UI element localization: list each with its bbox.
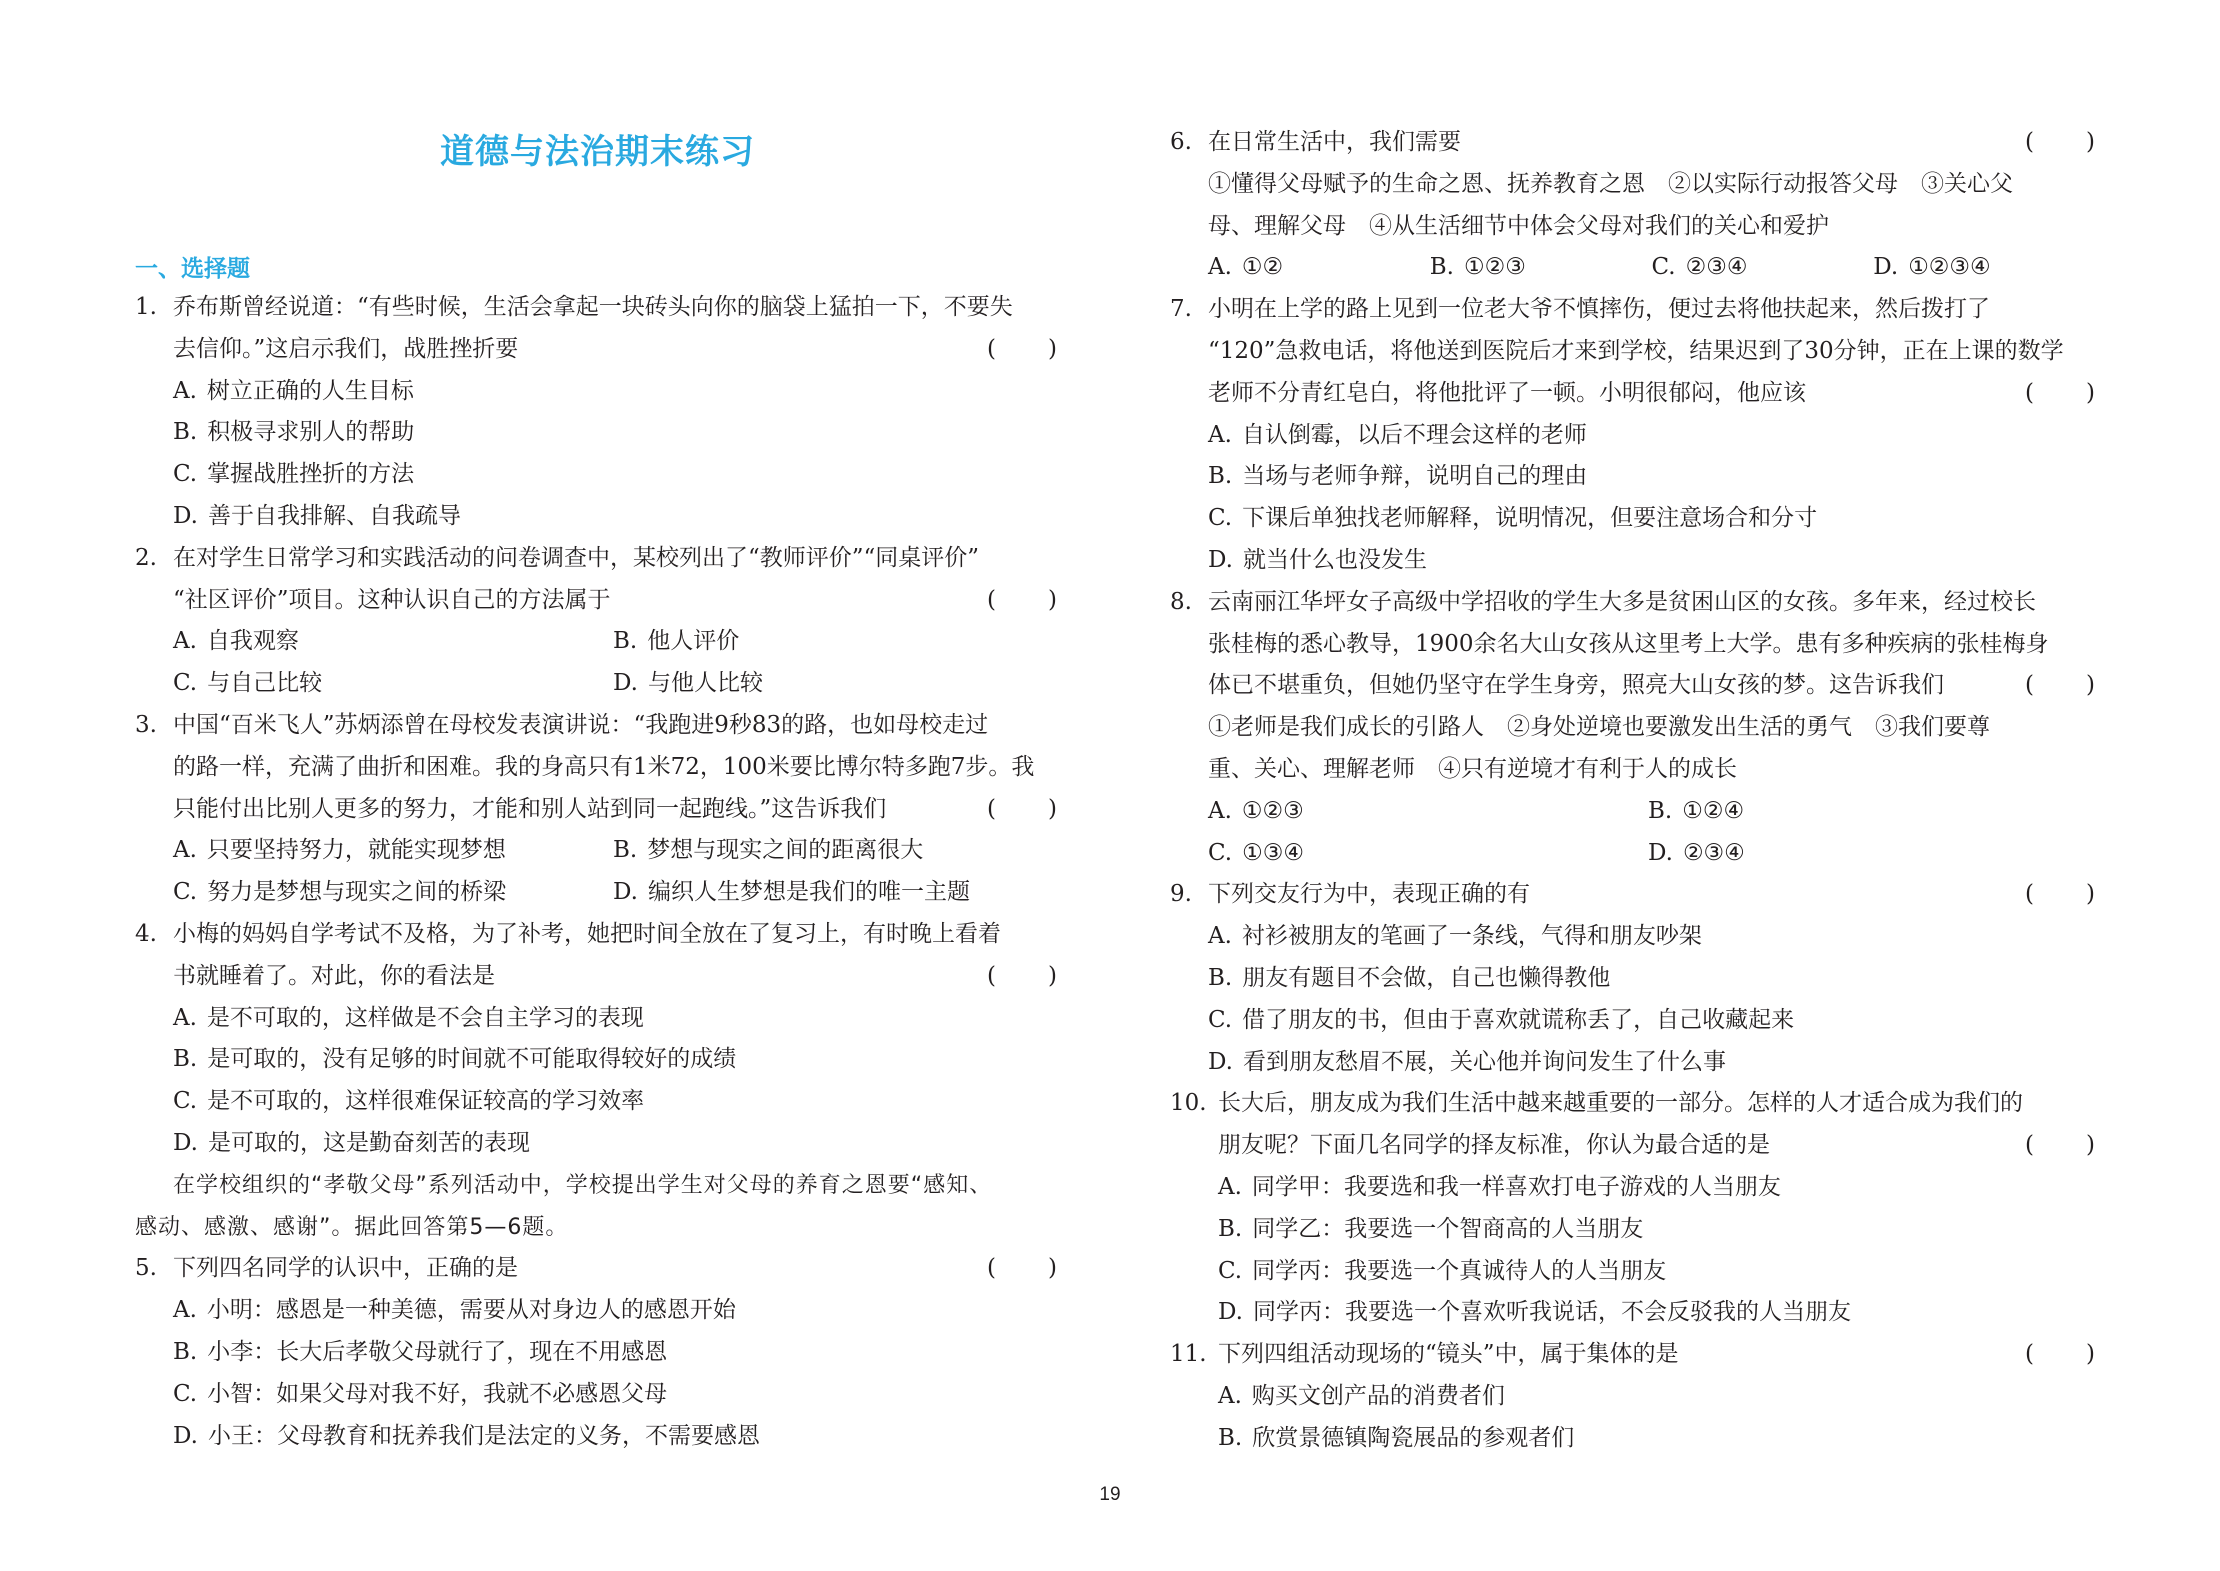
option-a[interactable]: A.是不可取的，这样做是不会自主学习的表现 (135, 998, 1057, 1040)
option-b[interactable]: B.是可取的，没有足够的时间就不可能取得较好的成绩 (135, 1039, 1057, 1081)
question-1-line-2: 去信仰。”这启示我们，战胜挫折要 () (135, 329, 1057, 371)
option-a[interactable]: A.①② (1208, 247, 1430, 289)
section-heading-choice: 一、选择题 (135, 250, 250, 283)
options-row: C.努力是梦想与现实之间的桥梁 D.编织人生梦想是我们的唯一主题 (135, 872, 1057, 914)
question-text: 下列四名同学的认识中，正确的是 () (173, 1248, 1057, 1290)
option-a[interactable]: A.购买文创产品的消费者们 (1170, 1376, 2095, 1418)
question-7-line-3: 老师不分青红皂白，将他批评了一顿。小明很郁闷，他应该 () (1170, 373, 2095, 415)
question-8-line-1: 8. 云南丽江华坪女子高级中学招收的学生大多是贫困山区的女孩。多年来，经过校长 (1170, 582, 2095, 624)
option-d[interactable]: D.善于自我排解、自我疏导 (135, 496, 1057, 538)
question-8-line-3: 体已不堪重负，但她仍坚守在学生身旁，照亮大山女孩的梦。这告诉我们 () (1170, 665, 2095, 707)
option-c[interactable]: C.②③④ (1652, 247, 1874, 289)
question-number: 7. (1170, 289, 1208, 331)
options-row: A.只要坚持努力，就能实现梦想 B.梦想与现实之间的距离很大 (135, 830, 1057, 872)
question-7-line-2: “120”急救电话，将他送到医院后才来到学校，结果迟到了30分钟，正在上课的数学 (1170, 331, 2095, 373)
question-text: 书就睡着了。对此，你的看法是 (173, 963, 495, 989)
option-b[interactable]: B.梦想与现实之间的距离很大 (613, 830, 1053, 872)
option-c[interactable]: C.下课后单独找老师解释，说明情况，但要注意场合和分寸 (1170, 498, 2095, 540)
page-title: 道德与法治期末练习 (0, 124, 1195, 173)
option-c[interactable]: C.与自己比较 (173, 663, 613, 705)
question-3-line-1: 3. 中国“百米飞人”苏炳添曾在母校发表演讲说：“我跑进9秒83的路，也如母校走… (135, 705, 1057, 747)
option-d[interactable]: D.就当什么也没发生 (1170, 540, 2095, 582)
question-8-line-2: 张桂梅的悉心教导，1900余名大山女孩从这里考上大学。患有多种疾病的张桂梅身 (1170, 624, 2095, 666)
options-row: A.自我观察 B.他人评价 (135, 621, 1057, 663)
question-number: 4. (135, 914, 173, 956)
question-text: 去信仰。”这启示我们，战胜挫折要 (173, 336, 518, 362)
question-text: 在日常生活中，我们需要 () (1208, 122, 2095, 164)
question-number: 9. (1170, 874, 1208, 916)
option-a[interactable]: A.衬衫被朋友的笔画了一条线，气得和朋友吵架 (1170, 916, 2095, 958)
option-c[interactable]: C.是不可取的，这样很难保证较高的学习效率 (135, 1081, 1057, 1123)
question-11-line-1: 11. 下列四组活动现场的“镜头”中，属于集体的是 () (1170, 1334, 2095, 1376)
question-text: 云南丽江华坪女子高级中学招收的学生大多是贫困山区的女孩。多年来，经过校长 (1208, 582, 2095, 624)
option-b[interactable]: B.小李：长大后孝敬父母就行了，现在不用感恩 (135, 1332, 1057, 1374)
answer-bracket[interactable]: () (2025, 1334, 2095, 1376)
question-text: 小明在上学的路上见到一位老大爷不慎摔伤，便过去将他扶起来，然后拨打了 (1208, 289, 2095, 331)
question-text: 下列交友行为中，表现正确的有 () (1208, 874, 2095, 916)
option-d[interactable]: D.看到朋友愁眉不展，关心他并询问发生了什么事 (1170, 1042, 2095, 1084)
question-3-line-3: 只能付出比别人更多的努力，才能和别人站到同一起跑线。”这告诉我们 () (135, 789, 1057, 831)
question-1-line-1: 1. 乔布斯曾经说道：“有些时候，生活会拿起一块砖头向你的脑袋上猛拍一下，不要失 (135, 287, 1057, 329)
question-10-line-1: 10. 长大后，朋友成为我们生活中越来越重要的一部分。怎样的人才适合成为我们的 (1170, 1083, 2095, 1125)
question-7-line-1: 7. 小明在上学的路上见到一位老大爷不慎摔伤，便过去将他扶起来，然后拨打了 (1170, 289, 2095, 331)
answer-bracket[interactable]: () (987, 1248, 1057, 1290)
option-c[interactable]: C.①③④ (1208, 833, 1648, 875)
question-5-line-1: 5. 下列四名同学的认识中，正确的是 () (135, 1248, 1057, 1290)
option-b[interactable]: B.当场与老师争辩，说明自己的理由 (1170, 456, 2095, 498)
option-d[interactable]: D.是可取的，这是勤奋刻苦的表现 (135, 1123, 1057, 1165)
option-d[interactable]: D.编织人生梦想是我们的唯一主题 (613, 872, 1053, 914)
question-10-line-2: 朋友呢？下面几名同学的择友标准，你认为最合适的是 () (1170, 1125, 2095, 1167)
option-d[interactable]: D.同学丙：我要选一个喜欢听我说话，不会反驳我的人当朋友 (1170, 1292, 2095, 1334)
question-text: 朋友呢？下面几名同学的择友标准，你认为最合适的是 (1218, 1132, 1770, 1158)
question-number: 6. (1170, 122, 1208, 164)
question-text: 老师不分青红皂白，将他批评了一顿。小明很郁闷，他应该 (1208, 380, 1806, 406)
option-d[interactable]: D.①②③④ (1873, 247, 2095, 289)
question-text: 长大后，朋友成为我们生活中越来越重要的一部分。怎样的人才适合成为我们的 (1218, 1083, 2095, 1125)
option-d[interactable]: D.与他人比较 (613, 663, 1053, 705)
option-c[interactable]: C.小智：如果父母对我不好，我就不必感恩父母 (135, 1374, 1057, 1416)
option-a[interactable]: A.小明：感恩是一种美德，需要从对身边人的感恩开始 (135, 1290, 1057, 1332)
option-b[interactable]: B.①②③ (1430, 247, 1652, 289)
question-4-line-2: 书就睡着了。对此，你的看法是 () (135, 956, 1057, 998)
question-number: 8. (1170, 582, 1208, 624)
answer-bracket[interactable]: () (987, 789, 1057, 831)
left-column: 1. 乔布斯曾经说道：“有些时候，生活会拿起一块砖头向你的脑袋上猛拍一下，不要失… (135, 287, 1057, 1457)
answer-bracket[interactable]: () (987, 580, 1057, 622)
question-number: 2. (135, 538, 173, 580)
answer-bracket[interactable]: () (2025, 665, 2095, 707)
question-text: 只能付出比别人更多的努力，才能和别人站到同一起跑线。”这告诉我们 (173, 796, 886, 822)
question-number: 10. (1170, 1083, 1218, 1125)
question-text: 乔布斯曾经说道：“有些时候，生活会拿起一块砖头向你的脑袋上猛拍一下，不要失 (173, 287, 1057, 329)
question-number: 11. (1170, 1334, 1218, 1376)
question-number: 3. (135, 705, 173, 747)
right-column: 6. 在日常生活中，我们需要 () ①懂得父母赋予的生命之恩、抚养教育之恩 ②以… (1170, 122, 2095, 1460)
option-a[interactable]: A.树立正确的人生目标 (135, 371, 1057, 413)
option-b[interactable]: B.朋友有题目不会做，自己也懒得教他 (1170, 958, 2095, 1000)
question-text: 中国“百米飞人”苏炳添曾在母校发表演讲说：“我跑进9秒83的路，也如母校走过 (173, 705, 1057, 747)
question-text: “社区评价”项目。这种认识自己的方法属于 (173, 587, 611, 613)
option-a[interactable]: A.自我观察 (173, 621, 613, 663)
option-c[interactable]: C.借了朋友的书，但由于喜欢就谎称丢了，自己收藏起来 (1170, 1000, 2095, 1042)
answer-bracket[interactable]: () (2025, 373, 2095, 415)
question-text: 体已不堪重负，但她仍坚守在学生身旁，照亮大山女孩的梦。这告诉我们 (1208, 672, 1944, 698)
options-row: C.与自己比较 D.与他人比较 (135, 663, 1057, 705)
question-6-line-2: ①懂得父母赋予的生命之恩、抚养教育之恩 ②以实际行动报答父母 ③关心父 (1170, 164, 2095, 206)
option-b[interactable]: B.他人评价 (613, 621, 1053, 663)
question-4-line-1: 4. 小梅的妈妈自学考试不及格，为了补考，她把时间全放在了复习上，有时晚上看着 (135, 914, 1057, 956)
option-d[interactable]: D.②③④ (1648, 833, 2088, 875)
question-number: 5. (135, 1248, 173, 1290)
passage-line-1: 在学校组织的“孝敬父母”系列活动中，学校提出学生对父母的养育之恩要“感知、 (135, 1165, 1057, 1207)
option-d[interactable]: D.小王：父母教育和抚养我们是法定的义务，不需要感恩 (135, 1416, 1057, 1458)
option-c[interactable]: C.同学丙：我要选一个真诚待人的人当朋友 (1170, 1251, 2095, 1293)
question-text: 下列四组活动现场的“镜头”中，属于集体的是 () (1218, 1334, 2095, 1376)
question-number: 1. (135, 287, 173, 329)
question-text: 小梅的妈妈自学考试不及格，为了补考，她把时间全放在了复习上，有时晚上看着 (173, 914, 1057, 956)
option-b[interactable]: B.欣赏景德镇陶瓷展品的参观者们 (1170, 1418, 2095, 1460)
answer-bracket[interactable]: () (987, 956, 1057, 998)
option-b[interactable]: B.同学乙：我要选一个智商高的人当朋友 (1170, 1209, 2095, 1251)
passage-line-2: 感动、感激、感谢”。据此回答第5—6题。 (135, 1207, 1057, 1249)
answer-bracket[interactable]: () (2025, 122, 2095, 164)
option-a[interactable]: A.自认倒霉，以后不理会这样的老师 (1170, 415, 2095, 457)
question-3-line-2: 的路一样，充满了曲折和困难。我的身高只有1米72，100米要比博尔特多跑7步。我 (135, 747, 1057, 789)
option-b[interactable]: B.①②④ (1648, 791, 2088, 833)
option-a[interactable]: A.同学甲：我要选和我一样喜欢打电子游戏的人当朋友 (1170, 1167, 2095, 1209)
answer-bracket[interactable]: () (2025, 1125, 2095, 1167)
question-8-line-4: ①老师是我们成长的引路人 ②身处逆境也要激发出生活的勇气 ③我们要尊 (1170, 707, 2095, 749)
answer-bracket[interactable]: () (987, 329, 1057, 371)
option-a[interactable]: A.①②③ (1208, 791, 1648, 833)
options-row: A.①②③ B.①②④ (1170, 791, 2095, 833)
option-b[interactable]: B.积极寻求别人的帮助 (135, 412, 1057, 454)
options-row: C.①③④ D.②③④ (1170, 833, 2095, 875)
question-8-line-5: 重、关心、理解老师 ④只有逆境才有利于人的成长 (1170, 749, 2095, 791)
option-c[interactable]: C.掌握战胜挫折的方法 (135, 454, 1057, 496)
answer-bracket[interactable]: () (2025, 874, 2095, 916)
question-6-line-1: 6. 在日常生活中，我们需要 () (1170, 122, 2095, 164)
options-row: A.①② B.①②③ C.②③④ D.①②③④ (1170, 247, 2095, 289)
question-2-line-2: “社区评价”项目。这种认识自己的方法属于 () (135, 580, 1057, 622)
question-9-line-1: 9. 下列交友行为中，表现正确的有 () (1170, 874, 2095, 916)
option-c[interactable]: C.努力是梦想与现实之间的桥梁 (173, 872, 613, 914)
question-text: 在对学生日常学习和实践活动的问卷调查中，某校列出了“教师评价”“同桌评价” (173, 538, 1057, 580)
question-6-line-3: 母、理解父母 ④从生活细节中体会父母对我们的关心和爱护 (1170, 206, 2095, 248)
option-a[interactable]: A.只要坚持努力，就能实现梦想 (173, 830, 613, 872)
question-2-line-1: 2. 在对学生日常学习和实践活动的问卷调查中，某校列出了“教师评价”“同桌评价” (135, 538, 1057, 580)
page-number: 19 (0, 1484, 2220, 1506)
